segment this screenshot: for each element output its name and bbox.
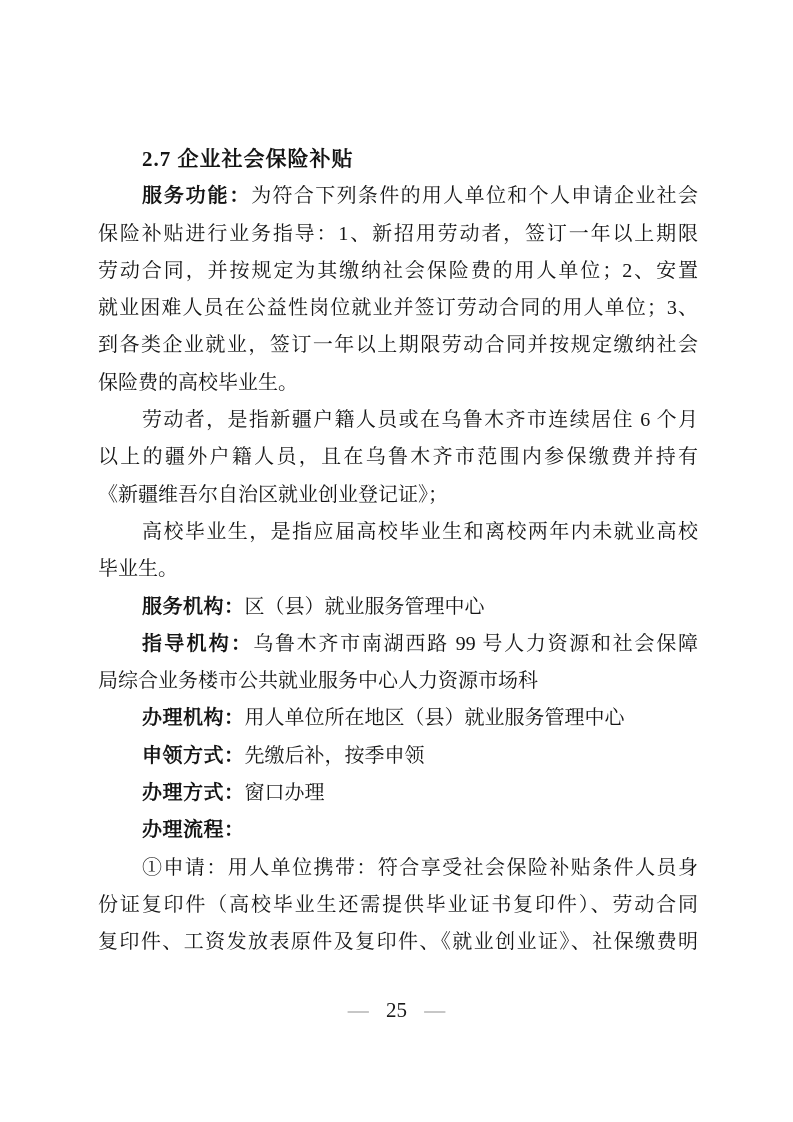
service-function-line-6: 保险费的高校毕业生。 <box>98 365 698 402</box>
footer-right-dash: — <box>424 998 445 1022</box>
application-method-line-1: 申领方式：先缴后补，按季申领 <box>98 738 698 775</box>
guidance-agency-line-1: 指导机构：乌鲁木齐市南湖西路 99 号人力资源和社会保障 <box>98 626 698 663</box>
graduate-definition-line-1: 高校毕业生，是指应届高校毕业生和离校两年内未就业高校 <box>98 514 698 551</box>
process-heading-bold-label: 办理流程： <box>142 819 245 841</box>
process-heading-line-1: 办理流程： <box>98 812 698 849</box>
document-page: 2.7 企业社会保险补贴 服务功能：为符合下列条件的用人单位和个人申请企业社会保… <box>0 0 793 1122</box>
graduate-definition-line-2: 毕业生。 <box>98 551 698 588</box>
step1-application-line-3: 复印件、工资发放表原件及复印件、《就业创业证》、社保缴费明 <box>98 924 698 961</box>
service-function-line-3: 劳动合同，并按规定为其缴纳社会保险费的用人单位；2、安置 <box>98 253 698 290</box>
paragraphs-container: 服务功能：为符合下列条件的用人单位和个人申请企业社会保险补贴进行业务指导：1、新… <box>98 178 698 961</box>
step1-application-line-1: ①申请：用人单位携带：符合享受社会保险补贴条件人员身 <box>98 850 698 887</box>
service-function-line-2: 保险补贴进行业务指导：1、新招用劳动者，签订一年以上期限 <box>98 216 698 253</box>
service-function-bold-label: 服务功能： <box>142 185 251 207</box>
service-function-line-4: 就业困难人员在公益性岗位就业并签订劳动合同的用人单位；3、 <box>98 290 698 327</box>
handling-method-line-1: 办理方式：窗口办理 <box>98 775 698 812</box>
handling-method-bold-label: 办理方式： <box>142 782 245 804</box>
handling-agency-bold-label: 办理机构： <box>142 707 245 729</box>
service-function-line-1: 服务功能：为符合下列条件的用人单位和个人申请企业社会 <box>98 178 698 215</box>
handling-agency-line-1: 办理机构：用人单位所在地区（县）就业服务管理中心 <box>98 700 698 737</box>
worker-definition-line-1: 劳动者，是指新疆户籍人员或在乌鲁木齐市连续居住 6 个月 <box>98 402 698 439</box>
application-method-bold-label: 申领方式： <box>142 745 245 767</box>
page-number: 25 <box>386 998 407 1022</box>
service-agency-line-1: 服务机构：区（县）就业服务管理中心 <box>98 589 698 626</box>
step1-application-line-2: 份证复印件（高校毕业生还需提供毕业证书复印件）、劳动合同 <box>98 887 698 924</box>
guidance-agency-bold-label: 指导机构： <box>142 633 253 655</box>
worker-definition-line-2: 以上的疆外户籍人员，且在乌鲁木齐市范围内参保缴费并持有 <box>98 439 698 476</box>
page-footer: — 25 — <box>0 996 793 1024</box>
section-heading: 2.7 企业社会保险补贴 <box>98 141 698 178</box>
service-agency-bold-label: 服务机构： <box>142 596 245 618</box>
service-function-line-5: 到各类企业就业，签订一年以上期限劳动合同并按规定缴纳社会 <box>98 327 698 364</box>
document-content: 2.7 企业社会保险补贴 服务功能：为符合下列条件的用人单位和个人申请企业社会保… <box>98 141 698 962</box>
footer-left-dash: — <box>348 998 369 1022</box>
worker-definition-line-3: 《新疆维吾尔自治区就业创业登记证》； <box>98 477 698 514</box>
guidance-agency-line-2: 局综合业务楼市公共就业服务中心人力资源市场科 <box>98 663 698 700</box>
